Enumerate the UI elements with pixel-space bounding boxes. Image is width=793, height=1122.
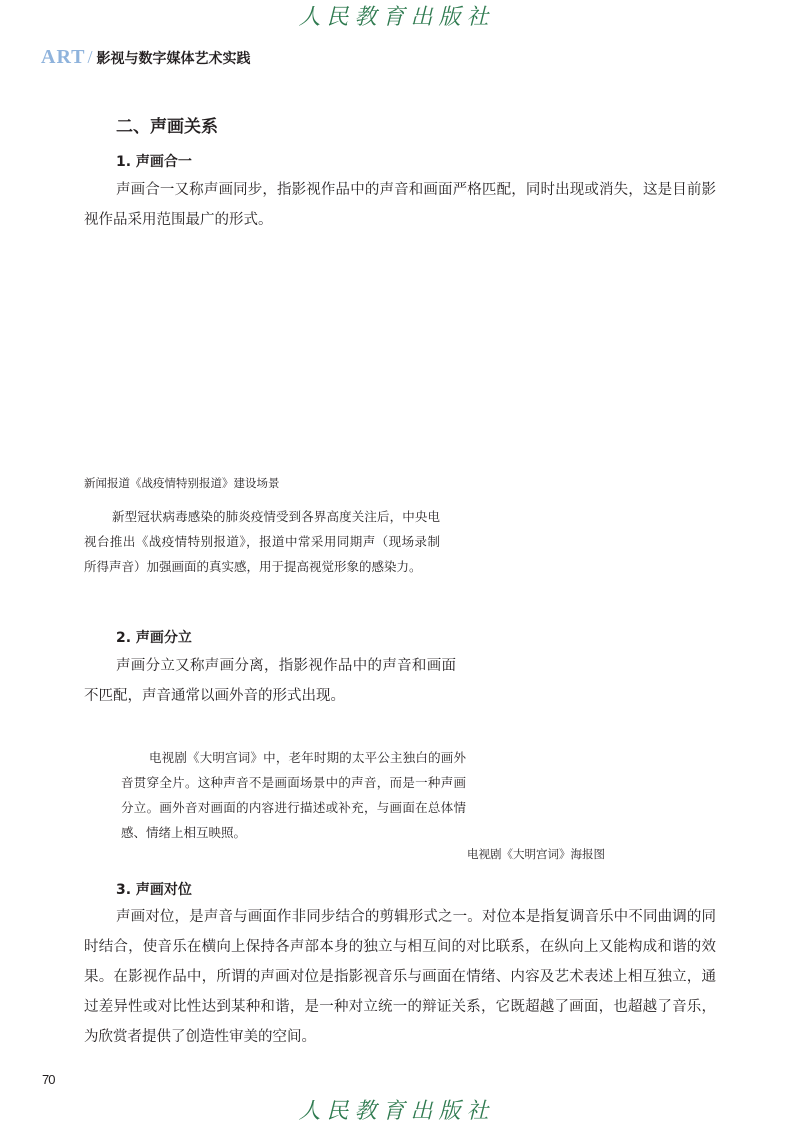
publisher-logo-top: 人民教育出版社 — [0, 0, 793, 31]
subsection-paragraph-1: 声画合一又称声画同步，指影视作品中的声音和画面严格匹配，同时出现或消失，这是目前… — [84, 175, 716, 235]
subsection-heading-3: 3. 声画对位 — [116, 879, 192, 899]
book-title: 影视与数字媒体艺术实践 — [97, 48, 251, 68]
figure-caption-2: 电视剧《大明宫词》海报图 — [467, 846, 605, 862]
figure-caption-1: 新闻报道《战疫情特别报道》建设场景 — [84, 475, 280, 491]
figure-image-news-report — [84, 240, 716, 465]
figure-image-drama-poster — [470, 480, 715, 840]
running-head: ART / 影视与数字媒体艺术实践 — [41, 46, 251, 69]
figure-note-1: 新型冠状病毒感染的肺炎疫情受到各界高度关注后，中央电视台推出《战疫情特别报道》，… — [84, 504, 440, 579]
series-separator: / — [88, 47, 93, 68]
publisher-logo-bottom: 人民教育出版社 — [0, 1094, 793, 1122]
subsection-paragraph-3: 声画对位，是声音与画面作非同步结合的剪辑形式之一。对位本是指复调音乐中不同曲调的… — [84, 902, 716, 1052]
figure-note-2: 电视剧《大明宫词》中，老年时期的太平公主独白的画外音贯穿全片。这种声音不是画面场… — [121, 745, 466, 845]
page-number: 70 — [42, 1072, 54, 1087]
subsection-paragraph-2: 声画分立又称声画分离，指影视作品中的声音和画面不匹配，声音通常以画外音的形式出现… — [84, 651, 456, 711]
series-label: ART — [41, 46, 86, 69]
subsection-heading-1: 1. 声画合一 — [116, 151, 192, 171]
section-title: 二、声画关系 — [116, 112, 218, 137]
subsection-heading-2: 2. 声画分立 — [116, 627, 192, 647]
